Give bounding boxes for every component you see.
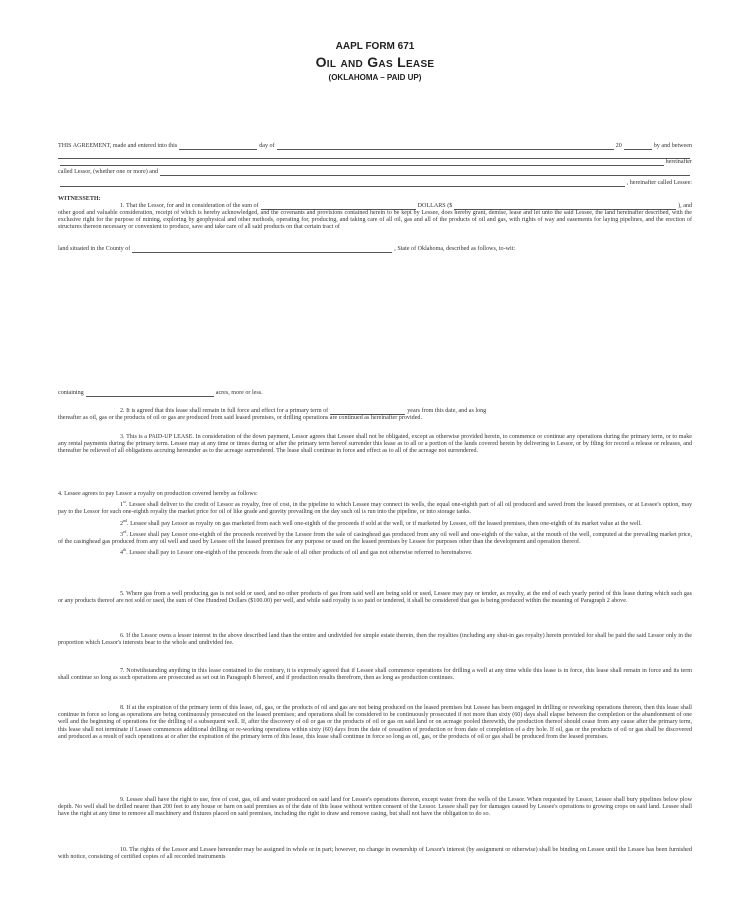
para1-text: DOLLARS ($: [418, 203, 453, 210]
lessee-address-field[interactable]: [60, 180, 625, 187]
para6: 6. If the Lessor owns a lesser interest …: [58, 633, 692, 647]
para5-text: 5. Where gas from a well producing gas i…: [58, 591, 692, 604]
page-title: Oil and Gas Lease: [0, 54, 750, 70]
preamble-text: hereinafter: [666, 159, 692, 166]
para2-text: years from this date, and as long: [407, 408, 486, 415]
date-month-field[interactable]: [277, 143, 614, 150]
para4-item: . Lessee shall deliver to the credit of …: [58, 502, 692, 515]
para3: 3. This is a PAID-UP LEASE. In considera…: [58, 434, 692, 456]
consideration-amount-field[interactable]: [454, 203, 676, 210]
para1-body: other good and valuable consideration, r…: [58, 210, 692, 232]
para7: 7. Notwithstanding anything in this leas…: [58, 668, 692, 682]
para1-text: 1. That the Lessor, for and in considera…: [120, 203, 259, 210]
para10-text: 10. The rights of the Lessor and Lessee …: [58, 847, 692, 860]
county-field[interactable]: [132, 246, 392, 253]
para2-text: 2. It is agreed that this lease shall re…: [120, 408, 328, 415]
para1-line-1: 1. That the Lessor, for and in considera…: [58, 203, 692, 210]
preamble-line-3: called Lessor, (whether one or more) and: [58, 169, 692, 176]
para1-county-line: land situated in the County of , State o…: [58, 246, 692, 253]
para3-text: 3. This is a PAID-UP LEASE. In considera…: [58, 434, 692, 454]
para7-text: 7. Notwithstanding anything in this leas…: [58, 668, 692, 681]
para2-text: thereafter as oil, gas or the products o…: [58, 415, 692, 422]
date-year-field[interactable]: [624, 143, 652, 150]
preamble-text: 20: [616, 143, 622, 150]
consideration-words-field[interactable]: [261, 203, 416, 210]
para4-intro: 4. Lessee agrees to pay Lessor a royalty…: [58, 491, 692, 498]
preamble-text: , hereinafter called Lessee:: [627, 180, 692, 187]
para9-text: 9. Lessee shall have the right to use, f…: [58, 797, 692, 817]
para9: 9. Lessee shall have the right to use, f…: [58, 797, 692, 819]
containing-line: containing acres, more or less.: [58, 390, 692, 397]
containing-text: acres, more or less.: [216, 390, 263, 397]
form-number: AAPL FORM 671: [0, 41, 750, 52]
preamble-text: by and between: [654, 143, 692, 150]
para10: 10. The rights of the Lessor and Lessee …: [58, 847, 692, 861]
preamble-line-4: , hereinafter called Lessee:: [58, 180, 692, 187]
para8: 8. If at the expiration of the primary t…: [58, 705, 692, 741]
acres-field[interactable]: [86, 390, 214, 397]
preamble-text: day of: [259, 143, 274, 150]
legal-description-area[interactable]: [58, 262, 692, 382]
containing-text: containing: [58, 390, 84, 397]
primary-term-field[interactable]: [330, 408, 405, 415]
preamble-line-1: THIS AGREEMENT, made and entered into th…: [58, 143, 692, 150]
para4-item: . Lessee shall pay Lessor one-eighth of …: [58, 532, 692, 545]
para8-text: 8. If at the expiration of the primary t…: [58, 705, 692, 740]
para1-text: , State of Oklahoma, described as follow…: [394, 246, 515, 253]
preamble-text: called Lessor, (whether one or more) and: [58, 169, 158, 176]
para6-text: 6. If the Lessor owns a lesser interest …: [58, 633, 692, 646]
page-subtitle: (OKLAHOMA – PAID UP): [0, 73, 750, 82]
para4: 4. Lessee agrees to pay Lessor a royalty…: [58, 491, 692, 558]
para4-item: . Lessee shall pay to Lessor one-eighth …: [126, 550, 472, 556]
para1-text: ), and: [678, 203, 692, 210]
para5: 5. Where gas from a well producing gas i…: [58, 591, 692, 605]
preamble-line-2: hereinafter: [58, 159, 692, 166]
para2-body: thereafter as oil, gas or the products o…: [58, 415, 692, 422]
lessee-name-field[interactable]: [160, 169, 690, 176]
lessor-address-field[interactable]: [60, 159, 664, 166]
para4-item: . Lessee shall pay Lessor as royalty on …: [127, 521, 642, 527]
date-day-field[interactable]: [179, 143, 257, 150]
para2-line-1: 2. It is agreed that this lease shall re…: [58, 408, 692, 415]
para1-text: other good and valuable consideration, r…: [58, 210, 692, 232]
preamble-text: THIS AGREEMENT, made and entered into th…: [58, 143, 177, 150]
para1-text: land situated in the County of: [58, 246, 130, 253]
